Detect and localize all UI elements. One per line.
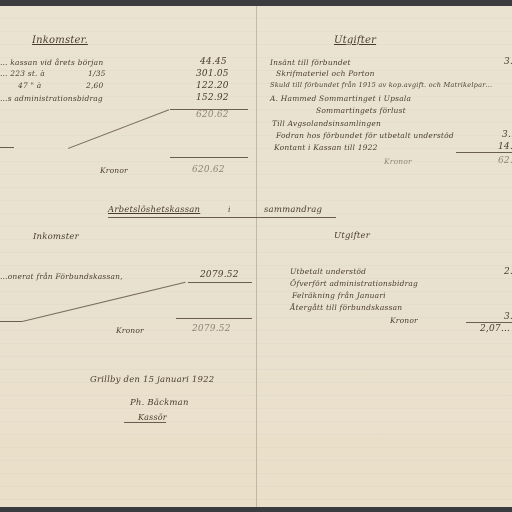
summary-title-right: sammandrag: [264, 205, 322, 215]
summary-expense-label: Öfverfört administrationsbidrag: [290, 279, 418, 288]
summary-expense-total-label: Kronor: [390, 316, 418, 325]
total-rule: [466, 322, 512, 323]
income-total: 620.62: [192, 165, 225, 175]
summary-expense-label: Felräkning från Januari: [292, 291, 386, 300]
total-rule: [456, 152, 512, 153]
income-total-label: Kronor: [100, 166, 128, 175]
income-subtotal: 620.62: [196, 110, 229, 120]
summary-expense-label: Utbetalt understöd: [290, 267, 366, 276]
expense-total-label: Kronor: [384, 157, 412, 166]
expense-row-label: A. Hammed Sommartinget i Upsala: [270, 94, 411, 103]
expense-row-amount: 14…: [498, 142, 512, 152]
summary-expense-amount: 2…: [504, 267, 512, 277]
expense-row-amount: 3…: [502, 130, 512, 140]
expense-row-label: Sommartingets förlust: [316, 106, 406, 115]
summary-expense-amount: 3…: [504, 312, 512, 322]
expense-row-amount: 3…: [504, 57, 512, 67]
expense-heading: Utgifter: [334, 35, 376, 46]
signature-underline: [124, 422, 166, 423]
expense-row-label: Kontant i Kassan till 1922: [274, 143, 378, 152]
summary-income-amount: 2079.52: [200, 270, 239, 280]
expense-row-label: Fodran hos förbundet för utbetalt unders…: [276, 131, 454, 140]
summary-expense-heading: Utgifter: [334, 231, 370, 241]
signature-name: Ph. Bäckman: [130, 398, 189, 408]
summary-expense-total: 2,07…: [480, 324, 510, 334]
total-rule: [176, 318, 252, 319]
income-heading: Inkomster.: [32, 35, 88, 46]
expense-total: 62…: [498, 156, 512, 166]
summary-income-heading: Inkomster: [33, 232, 79, 242]
total-rule: [170, 157, 248, 158]
amount-underline: [188, 282, 252, 283]
summary-total: 2079.52: [192, 324, 231, 334]
income-row-amount: 44.45: [200, 57, 227, 67]
expense-row-label: Till Avgsolandsinsamlingen: [272, 119, 381, 128]
income-row-label: …s administrationsbidrag: [0, 94, 103, 103]
summary-total-label: Kronor: [116, 326, 144, 335]
income-row-rate: 2,60: [86, 81, 104, 90]
ledger-spread: Inkomster. … kassan vid årets början 44.…: [0, 6, 512, 507]
place-date: Grillby den 15 januari 1922: [90, 375, 214, 385]
book-binding: [256, 6, 257, 507]
summary-title-left: Arbetslöshetskassan: [108, 205, 200, 215]
income-row-label: … kassan vid årets början: [0, 58, 103, 67]
income-row-label: … 223 st. à: [0, 69, 45, 78]
summary-title-underline: [108, 217, 336, 218]
summary-expense-label: Återgått till förbundskassan: [290, 303, 402, 312]
summary-title-mid: i: [228, 205, 231, 214]
fill-line: [0, 147, 14, 148]
income-row-amount: 301.05: [196, 69, 229, 79]
income-row-label: 47 " à: [18, 81, 41, 90]
signature-title: Kassör: [138, 413, 167, 422]
expense-row-label: Skuld till förbundet från 1915 av kop.av…: [270, 81, 492, 89]
fill-line: [0, 321, 22, 322]
summary-income-label: …onerat från Förbundskassan,: [0, 272, 123, 281]
income-row-amount: 152.92: [196, 93, 229, 103]
expense-row-label: Skrifmateriel och Porton: [276, 69, 375, 78]
expense-row-label: Insänt till förbundet: [270, 58, 351, 67]
income-row-rate: 1/35: [88, 69, 106, 78]
income-row-amount: 122.20: [196, 81, 229, 91]
